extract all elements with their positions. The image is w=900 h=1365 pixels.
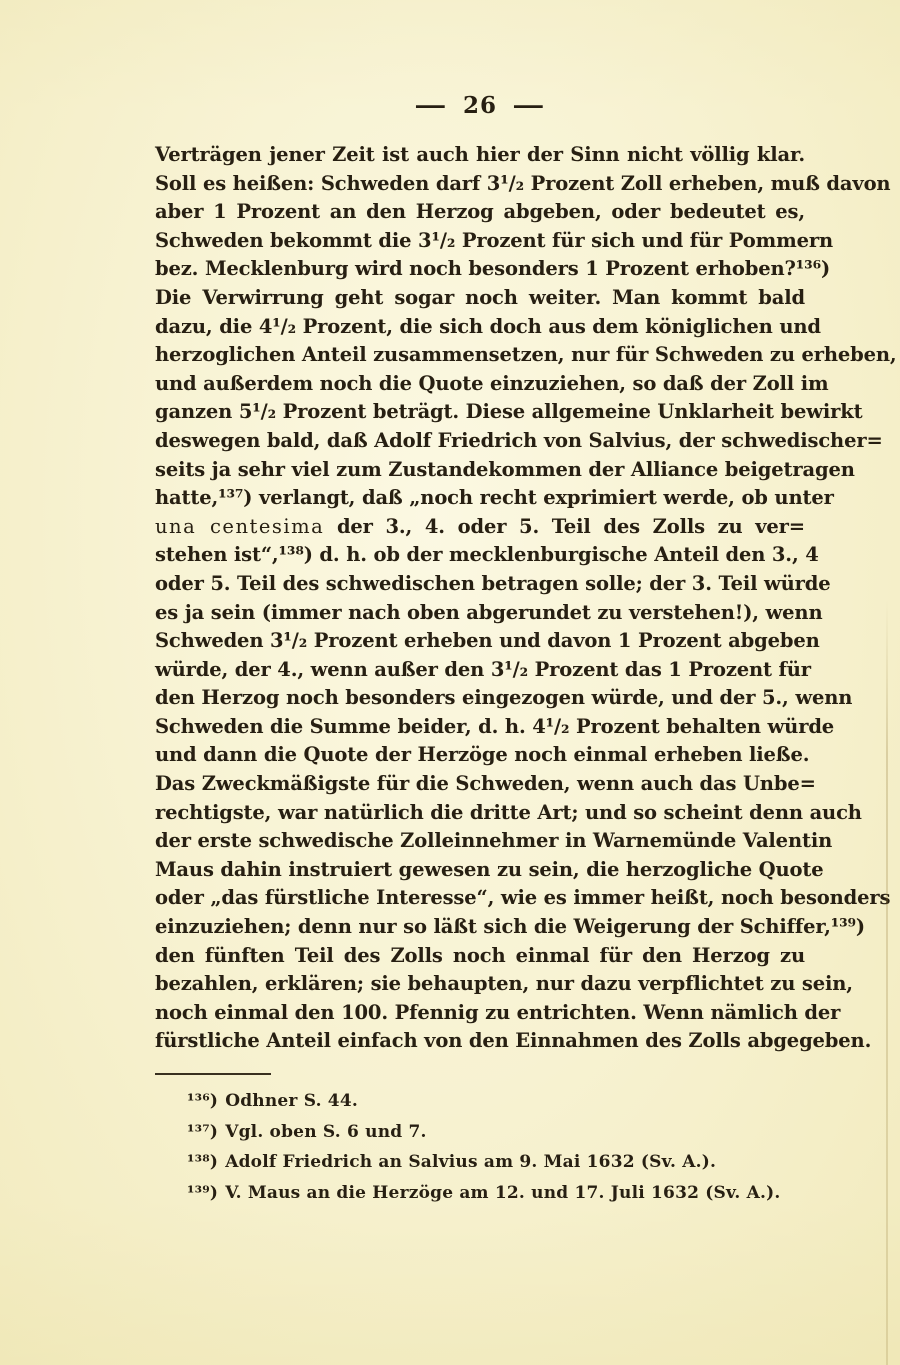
text-line: dazu, die 4¹/₂ Prozent, die sich doch au… xyxy=(155,313,805,342)
latin-phrase: una centesima xyxy=(155,515,324,538)
footnote-item: ¹³⁶)Odhner S. 44. xyxy=(187,1086,807,1117)
text-line: herzoglichen Anteil zusammensetzen, nur … xyxy=(155,341,805,370)
text-line: oder „das fürstliche Interesse“, wie es … xyxy=(155,884,805,913)
paper-page: —26— Verträgen jener Zeit ist auch hier … xyxy=(0,0,900,1365)
text-line: fürstliche Anteil einfach von den Einnah… xyxy=(155,1027,805,1056)
header-dash-left: — xyxy=(414,92,448,119)
footnote-text: Odhner S. 44. xyxy=(225,1091,358,1111)
footnote-separator-rule xyxy=(155,1073,271,1075)
text-line: Soll es heißen: Schweden darf 3¹/₂ Proze… xyxy=(155,170,805,199)
footnote-item: ¹³⁷)Vgl. oben S. 6 und 7. xyxy=(187,1117,807,1148)
text-line: es ja sein (immer nach oben abgerundet z… xyxy=(155,599,805,628)
text-line: Schweden die Summe beider, d. h. 4¹/₂ Pr… xyxy=(155,713,805,742)
text-line: una centesima der 3., 4. oder 5. Teil de… xyxy=(155,513,805,542)
text-line: Verträgen jener Zeit ist auch hier der S… xyxy=(155,141,805,170)
text-line: aber 1 Prozent an den Herzog abgeben, od… xyxy=(155,198,805,227)
footnotes: ¹³⁶)Odhner S. 44.¹³⁷)Vgl. oben S. 6 und … xyxy=(187,1086,807,1208)
header-dash-right: — xyxy=(512,92,546,119)
footnote-text: Adolf Friedrich an Salvius am 9. Mai 163… xyxy=(225,1152,716,1172)
text-line: oder 5. Teil des schwedischen betragen s… xyxy=(155,570,805,599)
text-line: bezahlen, erklären; sie behaupten, nur d… xyxy=(155,970,805,999)
text-line: deswegen bald, daß Adolf Friedrich von S… xyxy=(155,427,805,456)
body-text: Verträgen jener Zeit ist auch hier der S… xyxy=(155,141,805,1056)
text-line: Schweden 3¹/₂ Prozent erheben und davon … xyxy=(155,627,805,656)
text-line: der erste schwedische Zolleinnehmer in W… xyxy=(155,827,805,856)
text-line: seits ja sehr viel zum Zustandekommen de… xyxy=(155,456,805,485)
footnote-marker: ¹³⁹) xyxy=(187,1183,218,1203)
page-number: 26 xyxy=(463,92,497,119)
page-edge-shadow xyxy=(886,600,888,1365)
text-line: stehen ist“,¹³⁸) d. h. ob der mecklenbur… xyxy=(155,541,805,570)
footnote-marker: ¹³⁸) xyxy=(187,1152,218,1172)
text-line: bez. Mecklenburg wird noch besonders 1 P… xyxy=(155,255,805,284)
footnote-marker: ¹³⁶) xyxy=(187,1091,218,1111)
text-line: Maus dahin instruiert gewesen zu sein, d… xyxy=(155,856,805,885)
footnote-text: V. Maus an die Herzöge am 12. und 17. Ju… xyxy=(225,1183,780,1203)
text-line: einzuziehen; denn nur so läßt sich die W… xyxy=(155,913,805,942)
footnote-marker: ¹³⁷) xyxy=(187,1122,218,1142)
text-line: Die Verwirrung geht sogar noch weiter. M… xyxy=(155,284,805,313)
text-line: den Herzog noch besonders eingezogen wür… xyxy=(155,684,805,713)
footnote-item: ¹³⁹)V. Maus an die Herzöge am 12. und 17… xyxy=(187,1178,807,1209)
text-line: Schweden bekommt die 3¹/₂ Prozent für si… xyxy=(155,227,805,256)
footnote-item: ¹³⁸)Adolf Friedrich an Salvius am 9. Mai… xyxy=(187,1147,807,1178)
text-line: rechtigste, war natürlich die dritte Art… xyxy=(155,799,805,828)
text-line: würde, der 4., wenn außer den 3¹/₂ Proze… xyxy=(155,656,805,685)
page-header: —26— xyxy=(155,92,805,119)
text-line: ganzen 5¹/₂ Prozent beträgt. Diese allge… xyxy=(155,398,805,427)
text-line: den fünften Teil des Zolls noch einmal f… xyxy=(155,942,805,971)
text-line: noch einmal den 100. Pfennig zu entricht… xyxy=(155,999,805,1028)
text-line: und dann die Quote der Herzöge noch einm… xyxy=(155,741,805,770)
text-line: hatte,¹³⁷) verlangt, daß „noch recht exp… xyxy=(155,484,805,513)
text-line: Das Zweckmäßigste für die Schweden, wenn… xyxy=(155,770,805,799)
text-line: und außerdem noch die Quote einzuziehen,… xyxy=(155,370,805,399)
footnote-text: Vgl. oben S. 6 und 7. xyxy=(225,1122,426,1142)
